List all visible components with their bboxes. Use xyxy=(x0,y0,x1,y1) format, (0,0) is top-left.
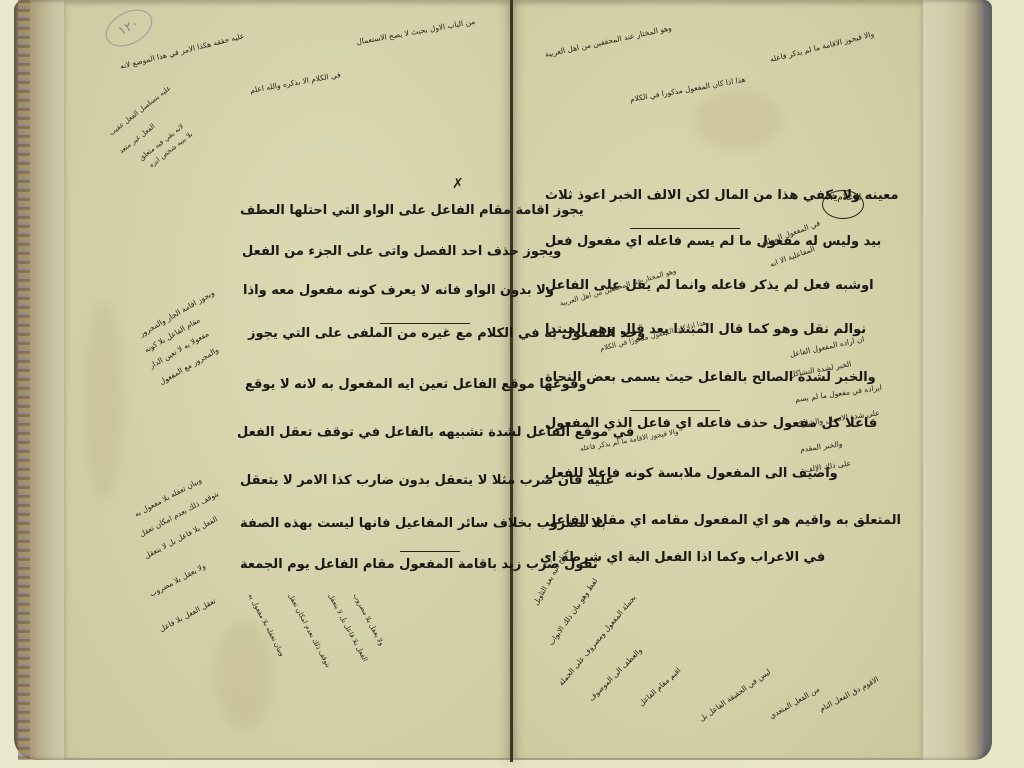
water-stain xyxy=(214,620,274,730)
overline xyxy=(630,228,740,229)
main-text-line: واضيف الى المفعول ملابسة كونه فاعلا للفع… xyxy=(545,466,838,481)
main-text-line: المتعلق به واقيم هو اي المفعول مقامه اي … xyxy=(545,513,901,528)
main-text-line: وقوعها موقع الفاعل تعين ايه المفعول به ل… xyxy=(245,377,586,392)
overline xyxy=(630,410,720,411)
main-text-line: معينه ولا يكفي هذا من المال لكن الالف ال… xyxy=(545,188,899,203)
main-text-line: ولا بدون الواو فانه لا يعرف كونه مفعول م… xyxy=(243,283,554,298)
section-mark: ✗ xyxy=(452,176,464,192)
right-page-stack-edge xyxy=(912,0,992,760)
overline xyxy=(400,551,460,552)
water-stain xyxy=(693,90,783,150)
main-text-line: بيد وليس له مفعول ما لم يسم فاعله اي مفع… xyxy=(545,234,881,249)
main-text-line: في الاعراب وكما اذا الفعل الية اي شرطه ا… xyxy=(540,550,825,565)
main-text-line: يجوز اقامة مقام الفاعل على الواو التي اح… xyxy=(240,203,584,218)
overline xyxy=(380,323,470,324)
water-stain xyxy=(84,300,124,500)
main-text-line: ويجوز حذف احد الفصل واتى على الجزء من ال… xyxy=(242,244,561,259)
